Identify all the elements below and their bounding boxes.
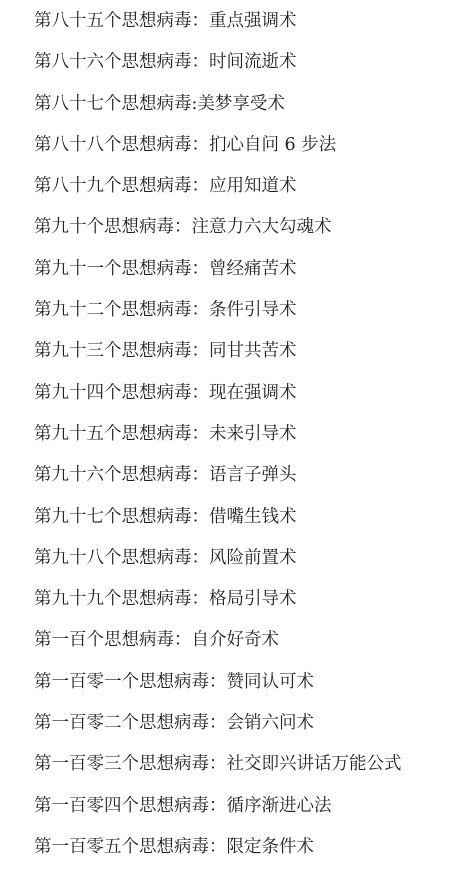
- item-name: 曾经痛苦术: [209, 259, 297, 279]
- list-item: 第九十五个思想病毒：未来引导术: [34, 419, 402, 460]
- item-number: 第九十个思想病毒: [34, 217, 174, 237]
- item-separator: ：: [209, 796, 227, 816]
- item-name: 风险前置术: [209, 548, 297, 568]
- list-item: 第九十一个思想病毒：曾经痛苦术: [34, 254, 402, 295]
- list-item: 第八十九个思想病毒：应用知道术: [34, 171, 402, 212]
- item-number: 第一百零四个思想病毒: [34, 796, 209, 816]
- item-separator: ：: [192, 176, 210, 196]
- item-name: 语言子弹头: [209, 465, 297, 485]
- list-item: 第一百零三个思想病毒：社交即兴讲话万能公式: [34, 749, 402, 790]
- list-item: 第一百零五个思想病毒：限定条件术: [34, 832, 402, 873]
- item-separator: ：: [209, 837, 227, 857]
- list-item: 第一百零二个思想病毒：会销六问术: [34, 708, 402, 749]
- item-separator: ：: [192, 135, 210, 155]
- item-number: 第一百个思想病毒: [34, 630, 174, 650]
- item-separator: ：: [192, 465, 210, 485]
- item-separator: ：: [192, 259, 210, 279]
- item-number: 第九十八个思想病毒: [34, 548, 192, 568]
- item-separator: ：: [209, 713, 227, 733]
- item-separator: ：: [192, 589, 210, 609]
- item-name: 条件引导术: [209, 300, 297, 320]
- item-number: 第九十三个思想病毒: [34, 341, 192, 361]
- list-item: 第八十七个思想病毒:美梦享受术: [34, 89, 402, 130]
- list-item: 第九十八个思想病毒：风险前置术: [34, 543, 402, 584]
- item-number: 第八十九个思想病毒: [34, 176, 192, 196]
- item-name: 会销六问术: [227, 713, 315, 733]
- item-separator: ：: [192, 383, 210, 403]
- list-item: 第八十六个思想病毒：时间流逝术: [34, 47, 402, 88]
- item-separator: ：: [174, 217, 192, 237]
- item-number: 第一百零一个思想病毒: [34, 672, 209, 692]
- item-separator: ：: [192, 507, 210, 527]
- item-name: 赞同认可术: [227, 672, 315, 692]
- list-item: 第九十二个思想病毒：条件引导术: [34, 295, 402, 336]
- item-number: 第九十五个思想病毒: [34, 424, 192, 444]
- item-number: 第九十六个思想病毒: [34, 465, 192, 485]
- list-item: 第九十九个思想病毒：格局引导术: [34, 584, 402, 625]
- item-separator: ：: [192, 52, 210, 72]
- list-item: 第一百零一个思想病毒：赞同认可术: [34, 667, 402, 708]
- item-name: 扪心自问 6 步法: [209, 135, 336, 155]
- item-name: 时间流逝术: [209, 52, 297, 72]
- thought-virus-list: 第八十五个思想病毒：重点强调术 第八十六个思想病毒：时间流逝术 第八十七个思想病…: [34, 6, 402, 873]
- list-item: 第九十个思想病毒：注意力六大勾魂术: [34, 212, 402, 253]
- item-name: 应用知道术: [209, 176, 297, 196]
- item-number: 第八十五个思想病毒: [34, 11, 192, 31]
- list-item: 第一百个思想病毒：自介好奇术: [34, 625, 402, 666]
- item-number: 第一百零三个思想病毒: [34, 754, 209, 774]
- item-separator: ：: [192, 300, 210, 320]
- item-name: 同甘共苦术: [209, 341, 297, 361]
- item-number: 第一百零五个思想病毒: [34, 837, 209, 857]
- item-name: 重点强调术: [209, 11, 297, 31]
- list-item: 第九十四个思想病毒：现在强调术: [34, 378, 402, 419]
- item-separator: ：: [192, 424, 210, 444]
- item-separator: ：: [209, 672, 227, 692]
- item-name: 限定条件术: [227, 837, 315, 857]
- list-item: 第八十八个思想病毒：扪心自问 6 步法: [34, 130, 402, 171]
- item-name: 自介好奇术: [192, 630, 280, 650]
- item-name: 社交即兴讲话万能公式: [227, 754, 402, 774]
- item-name: 现在强调术: [209, 383, 297, 403]
- list-item: 第九十七个思想病毒：借嘴生钱术: [34, 502, 402, 543]
- item-separator: ：: [192, 341, 210, 361]
- item-separator: ：: [192, 548, 210, 568]
- item-name: 格局引导术: [209, 589, 297, 609]
- list-item: 第九十六个思想病毒：语言子弹头: [34, 460, 402, 501]
- item-number: 第八十六个思想病毒: [34, 52, 192, 72]
- item-number: 第九十九个思想病毒: [34, 589, 192, 609]
- item-number: 第九十一个思想病毒: [34, 259, 192, 279]
- item-separator: ：: [209, 754, 227, 774]
- item-name: 美梦享受术: [197, 94, 285, 114]
- item-number: 第九十二个思想病毒: [34, 300, 192, 320]
- item-name: 注意力六大勾魂术: [192, 217, 332, 237]
- list-item: 第一百零四个思想病毒：循序渐进心法: [34, 791, 402, 832]
- list-item: 第九十三个思想病毒：同甘共苦术: [34, 336, 402, 377]
- item-separator: ：: [192, 11, 210, 31]
- item-number: 第九十四个思想病毒: [34, 383, 192, 403]
- item-separator: ：: [174, 630, 192, 650]
- item-number: 第八十七个思想病毒: [34, 94, 192, 114]
- item-number: 第一百零二个思想病毒: [34, 713, 209, 733]
- item-number: 第九十七个思想病毒: [34, 507, 192, 527]
- item-number: 第八十八个思想病毒: [34, 135, 192, 155]
- item-name: 循序渐进心法: [227, 796, 332, 816]
- item-name: 未来引导术: [209, 424, 297, 444]
- list-item: 第八十五个思想病毒：重点强调术: [34, 6, 402, 47]
- item-name: 借嘴生钱术: [209, 507, 297, 527]
